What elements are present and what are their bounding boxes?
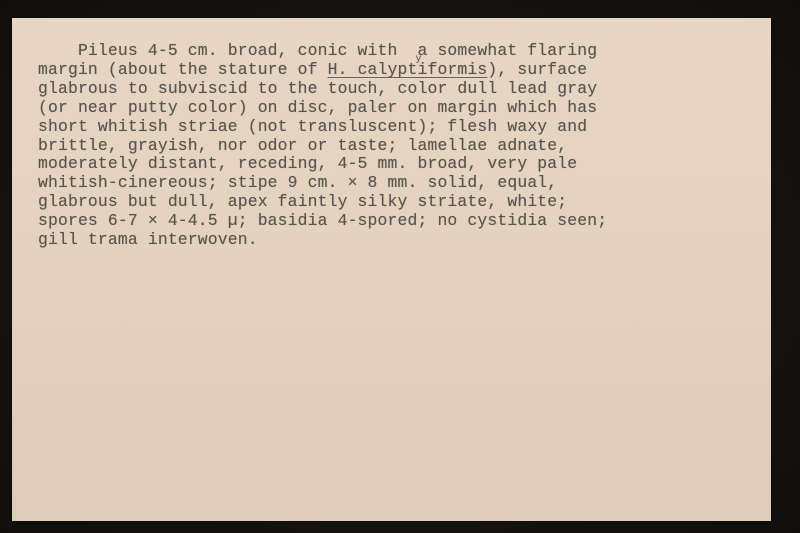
text-line-10: spores 6-7 × 4-4.5 µ; basidia 4-spored; … <box>38 212 607 231</box>
species-epithet-part-b: iformis <box>417 60 487 79</box>
species-epithet-part-a: calypt <box>358 60 418 79</box>
insertion-mark: y <box>415 51 421 70</box>
text-line-1: Pileus 4-5 cm. broad, conic with a somew… <box>38 42 607 61</box>
text-line-2-start: margin (about the stature of <box>38 60 328 79</box>
typewritten-description: Pileus 4-5 cm. broad, conic with a somew… <box>38 42 607 250</box>
text-line-6: brittle, grayish, nor odor or taste; lam… <box>38 137 607 156</box>
index-card: Pileus 4-5 cm. broad, conic with a somew… <box>12 18 771 521</box>
text-line-5: short whitish striae (not transluscent);… <box>38 118 607 137</box>
text-line-2: margin (about the stature of H. calyptyi… <box>38 61 607 80</box>
species-name: H. calyptyiformis <box>328 60 488 79</box>
text-line-7: moderately distant, receding, 4-5 mm. br… <box>38 155 607 174</box>
text-line-4: (or near putty color) on disc, paler on … <box>38 99 607 118</box>
text-line-9: glabrous but dull, apex faintly silky st… <box>38 193 607 212</box>
text-line-8: whitish-cinereous; stipe 9 cm. × 8 mm. s… <box>38 174 607 193</box>
species-genus: H. <box>328 60 358 79</box>
text-line-3: glabrous to subviscid to the touch, colo… <box>38 80 607 99</box>
text-line-11: gill trama interwoven. <box>38 231 607 250</box>
text-line-2-end: ), surface <box>487 60 587 79</box>
